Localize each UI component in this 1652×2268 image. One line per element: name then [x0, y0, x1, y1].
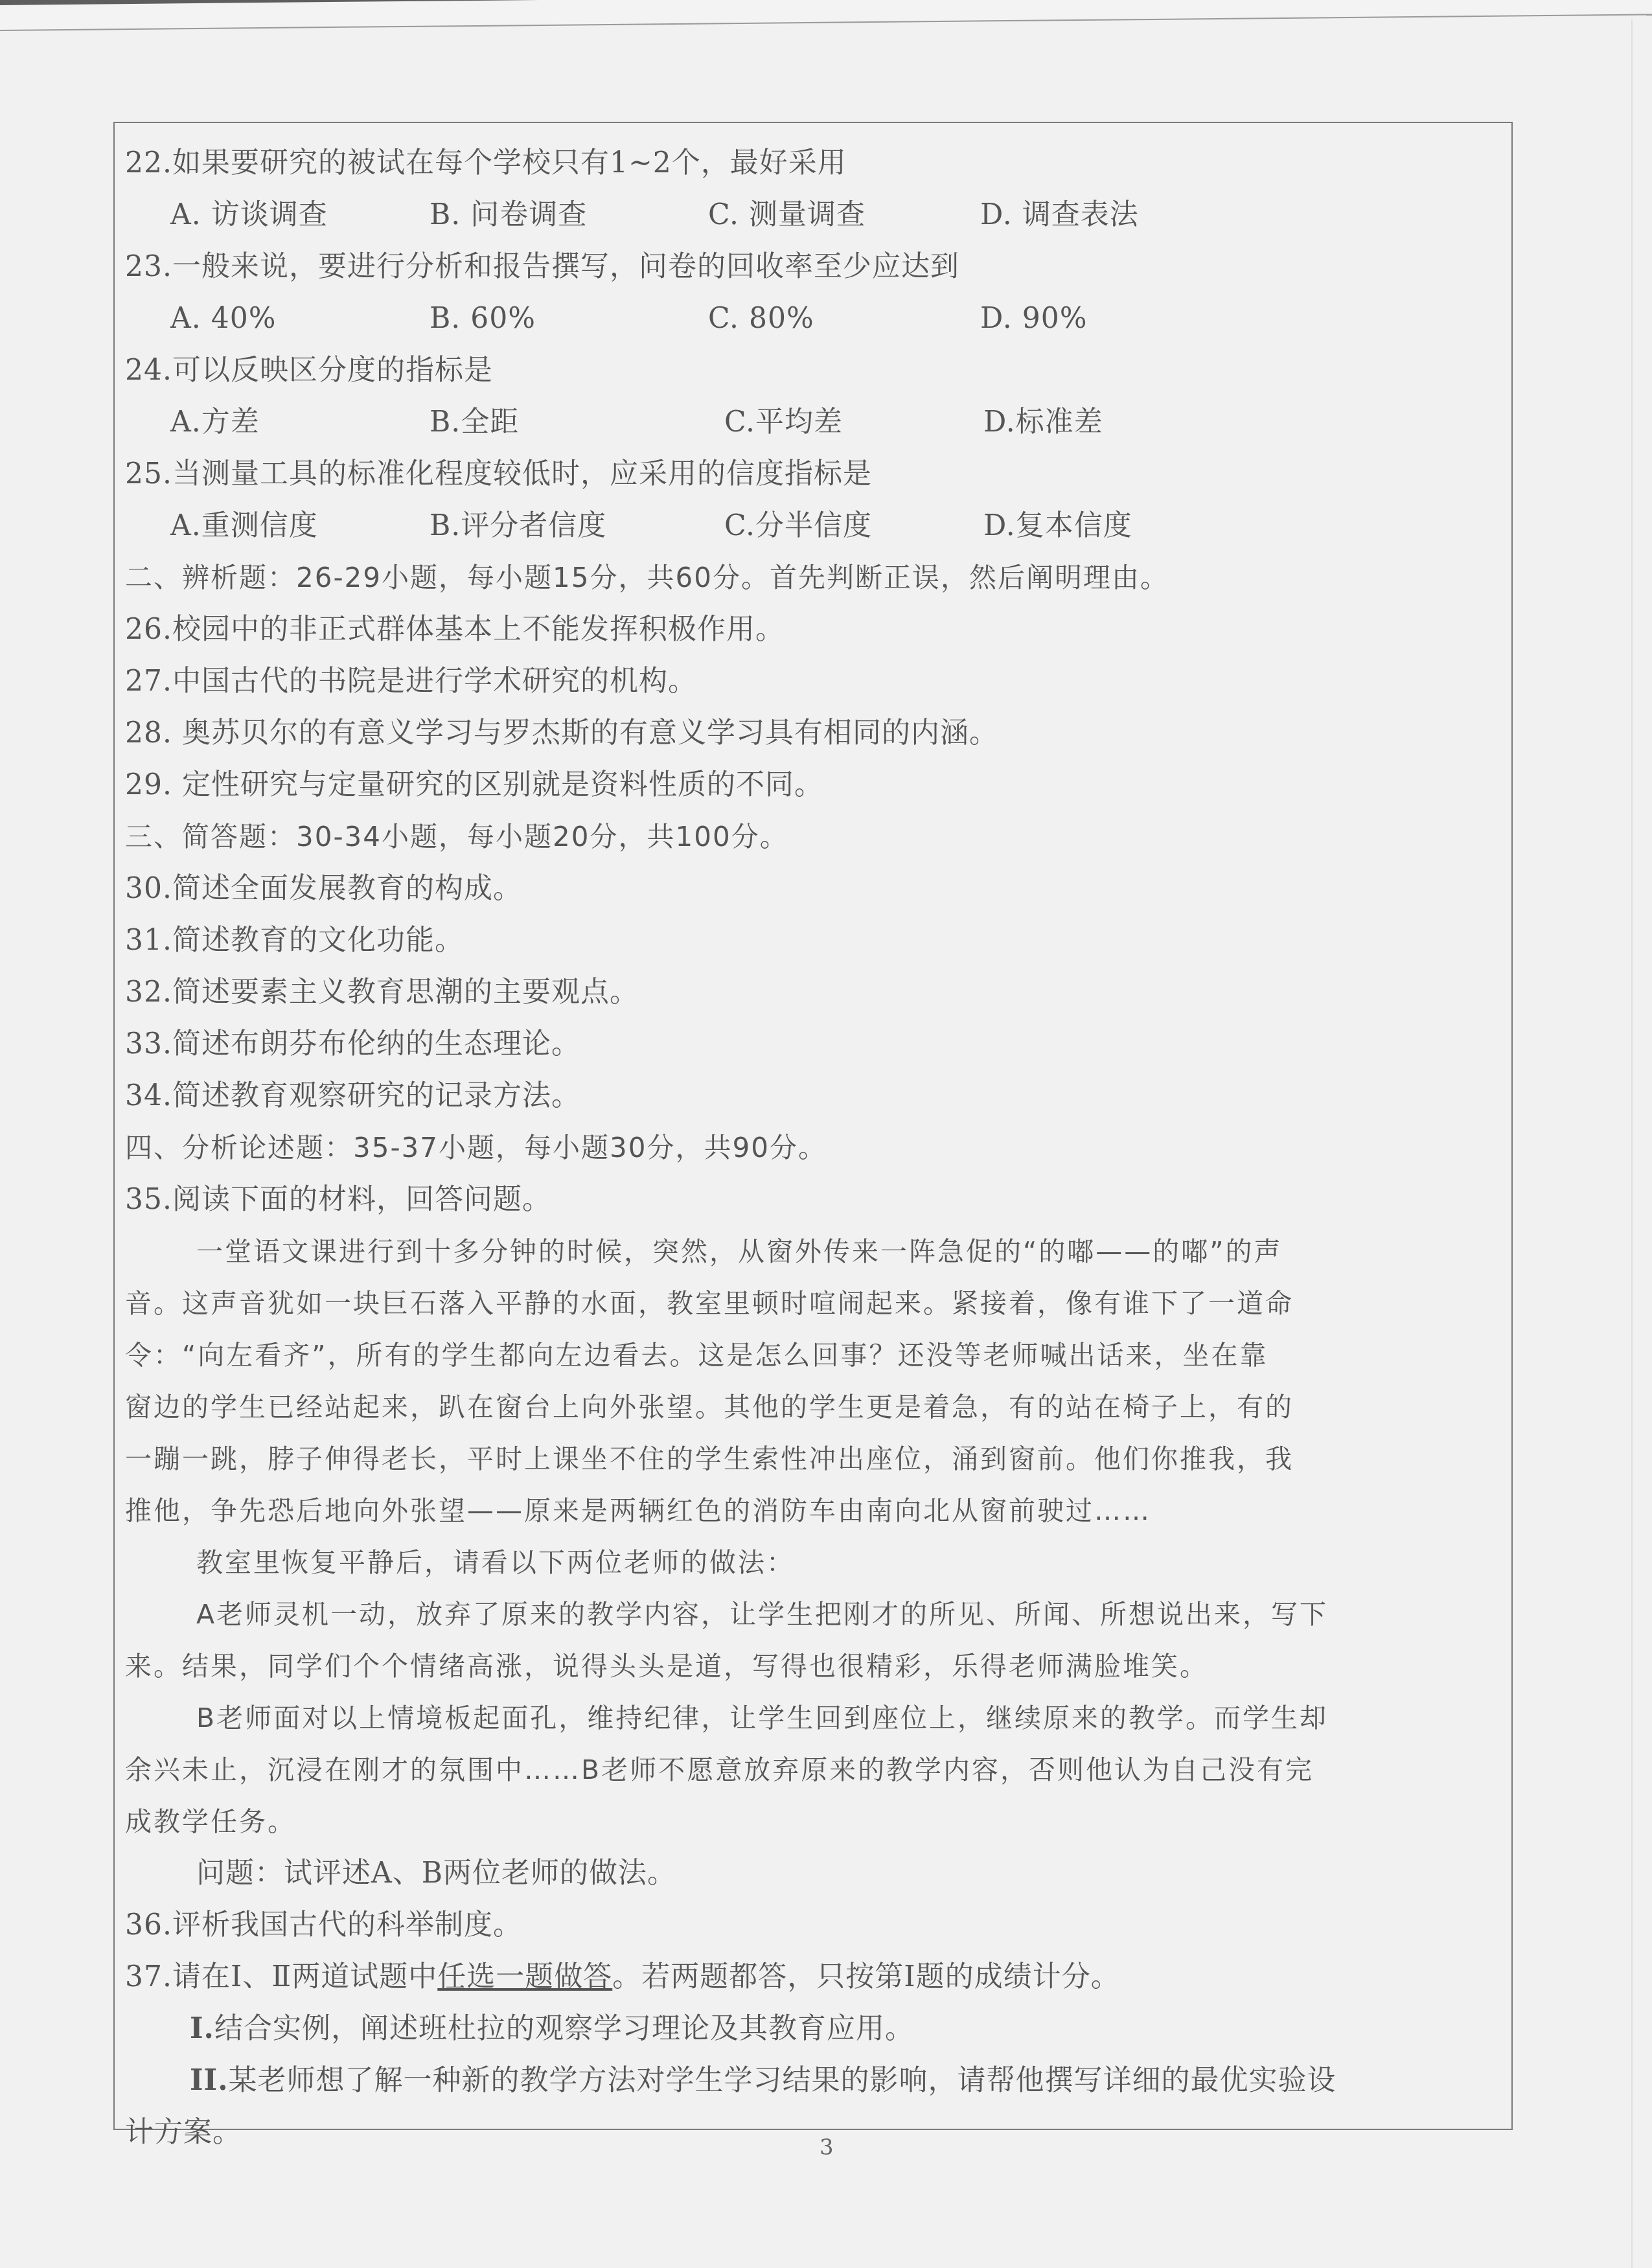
- option-d: D. 90%: [980, 293, 1087, 345]
- exam-page-content: 22.如果要研究的被试在每个学校只有1~2个，最好采用 A. 访谈调查B. 问卷…: [125, 137, 1505, 2159]
- question-33: 33.简述布朗芬布伦纳的生态理论。: [125, 1018, 1505, 1070]
- question-31: 31.简述教育的文化功能。: [125, 915, 1505, 967]
- q37-underlined-instruction: 任选一题做答: [437, 1960, 612, 1993]
- question-24-stem: 24.可以反映区分度的指标是: [125, 345, 1505, 396]
- section-3-heading: 三、简答题：30-34小题，每小题20分，共100分。: [125, 811, 1505, 863]
- option-a: A. 40%: [170, 293, 430, 345]
- option-a: A.方差: [170, 396, 430, 448]
- question-27: 27.中国古代的书院是进行学术研究的机构。: [125, 656, 1505, 707]
- option-a: A. 访谈调查: [170, 189, 430, 241]
- teachers-intro: 教室里恢复平静后，请看以下两位老师的做法：: [125, 1537, 1505, 1588]
- option-d: D.复本信度: [983, 500, 1132, 552]
- question-text: 当测量工具的标准化程度较低时，应采用的信度指标是: [172, 457, 872, 490]
- question-28: 28. 奥苏贝尔的有意义学习与罗杰斯的有意义学习具有相同的内涵。: [125, 707, 1505, 759]
- question-number: 23.: [125, 250, 172, 283]
- option-text: 某老师想了解一种新的教学方法对学生学习结果的影响，请帮他撰写详细的最优实验设: [228, 2064, 1336, 2097]
- option-a: A.重测信度: [170, 500, 430, 552]
- option-label: II.: [190, 2064, 228, 2097]
- question-number: 25.: [125, 457, 172, 490]
- question-22-options: A. 访谈调查B. 问卷调查C. 测量调查D. 调查表法: [125, 189, 1505, 241]
- question-23-stem: 23.一般来说，要进行分析和报告撰写，问卷的回收率至少应达到: [125, 241, 1505, 293]
- question-36: 36.评析我国古代的科举制度。: [125, 1899, 1505, 1951]
- question-number: 22.: [125, 146, 172, 179]
- option-b: B.全距: [430, 396, 724, 448]
- paper-right-edge: [1631, 19, 1633, 2268]
- material-line-6: 推他，争先恐后地向外张望——原来是两辆红色的消防车由南向北从窗前驶过……: [125, 1485, 1505, 1537]
- question-35-stem: 35.阅读下面的材料，回答问题。: [125, 1174, 1505, 1226]
- section-2-heading: 二、辨析题：26-29小题，每小题15分，共60分。首先判断正误，然后阐明理由。: [125, 552, 1505, 604]
- question-35-prompt: 问题：试评述A、B两位老师的做法。: [125, 1848, 1505, 1899]
- q37-prefix: 37.请在Ⅰ、Ⅱ两道试题中: [125, 1960, 437, 1993]
- teacher-a-line-1: A老师灵机一动，放弃了原来的教学内容，让学生把刚才的所见、所闻、所想说出来，写下: [125, 1588, 1505, 1640]
- question-37-stem: 37.请在Ⅰ、Ⅱ两道试题中任选一题做答。若两题都答，只按第Ⅰ题的成绩计分。: [125, 1951, 1505, 2003]
- option-c: C.平均差: [724, 396, 983, 448]
- question-29: 29. 定性研究与定量研究的区别就是资料性质的不同。: [125, 759, 1505, 811]
- option-b: B.评分者信度: [430, 500, 724, 552]
- option-b: B. 问卷调查: [430, 189, 708, 241]
- material-line-3: 令：“向左看齐”，所有的学生都向左边看去。这是怎么回事？还没等老师喊出话来，坐在…: [125, 1329, 1505, 1381]
- question-30: 30.简述全面发展教育的构成。: [125, 863, 1505, 915]
- teacher-b-line-1: B老师面对以上情境板起面孔，维持纪律，让学生回到座位上，继续原来的教学。而学生却: [125, 1692, 1505, 1744]
- question-text: 一般来说，要进行分析和报告撰写，问卷的回收率至少应达到: [172, 250, 959, 283]
- question-32: 32.简述要素主义教育思潮的主要观点。: [125, 967, 1505, 1018]
- question-24-options: A.方差B.全距C.平均差D.标准差: [125, 396, 1505, 448]
- paper-top-edge: [0, 0, 1652, 31]
- question-37-option-2: II.某老师想了解一种新的教学方法对学生学习结果的影响，请帮他撰写详细的最优实验…: [125, 2055, 1505, 2107]
- option-b: B. 60%: [430, 293, 708, 345]
- question-text: 可以反映区分度的指标是: [172, 354, 493, 387]
- material-line-5: 一蹦一跳，脖子伸得老长，平时上课坐不住的学生索性冲出座位，涌到窗前。他们你推我，…: [125, 1433, 1505, 1485]
- option-d: D.标准差: [983, 396, 1103, 448]
- q37-suffix: 。若两题都答，只按第Ⅰ题的成绩计分。: [612, 1960, 1119, 1993]
- option-c: C. 80%: [708, 293, 980, 345]
- question-number: 24.: [125, 354, 172, 387]
- question-37-option-1: I.结合实例，阐述班杜拉的观察学习理论及其教育应用。: [125, 2003, 1505, 2055]
- page-number: 3: [820, 2135, 834, 2160]
- option-text: 结合实例，阐述班杜拉的观察学习理论及其教育应用。: [214, 2012, 914, 2045]
- teacher-b-line-3: 成教学任务。: [125, 1796, 1505, 1848]
- question-26: 26.校园中的非正式群体基本上不能发挥积极作用。: [125, 604, 1505, 656]
- teacher-a-line-2: 来。结果，同学们个个情绪高涨，说得头头是道，写得也很精彩，乐得老师满脸堆笑。: [125, 1640, 1505, 1692]
- option-c: C.分半信度: [724, 500, 983, 552]
- question-37-option-2-continued: 计方案。: [125, 2107, 1505, 2159]
- question-25-options: A.重测信度B.评分者信度C.分半信度D.复本信度: [125, 500, 1505, 552]
- option-c: C. 测量调查: [708, 189, 980, 241]
- question-22-stem: 22.如果要研究的被试在每个学校只有1~2个，最好采用: [125, 137, 1505, 189]
- material-line-4: 窗边的学生已经站起来，趴在窗台上向外张望。其他的学生更是着急，有的站在椅子上，有…: [125, 1381, 1505, 1433]
- question-34: 34.简述教育观察研究的记录方法。: [125, 1070, 1505, 1122]
- option-label: I.: [190, 2012, 214, 2045]
- question-23-options: A. 40%B. 60%C. 80%D. 90%: [125, 293, 1505, 345]
- teacher-b-line-2: 余兴未止，沉浸在刚才的氛围中……B老师不愿意放弃原来的教学内容，否则他认为自己没…: [125, 1744, 1505, 1796]
- material-line-2: 音。这声音犹如一块巨石落入平静的水面，教室里顿时喧闹起来。紧接着，像有谁下了一道…: [125, 1277, 1505, 1329]
- question-25-stem: 25.当测量工具的标准化程度较低时，应采用的信度指标是: [125, 448, 1505, 500]
- section-4-heading: 四、分析论述题：35-37小题，每小题30分，共90分。: [125, 1122, 1505, 1174]
- question-text: 如果要研究的被试在每个学校只有1~2个，最好采用: [172, 146, 847, 179]
- option-d: D. 调查表法: [980, 189, 1139, 241]
- material-line-1: 一堂语文课进行到十多分钟的时候，突然，从窗外传来一阵急促的“的嘟——的嘟”的声: [125, 1226, 1505, 1277]
